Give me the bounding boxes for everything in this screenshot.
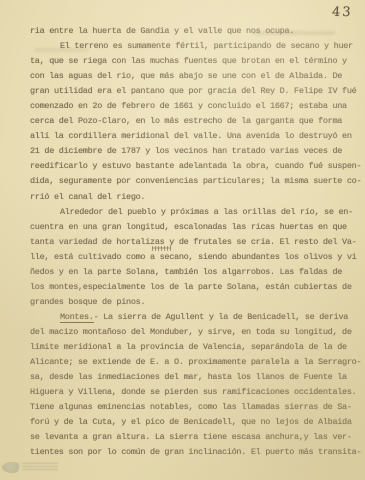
text-line: del macizo montañoso del Monduber, y sir… (30, 325, 355, 340)
text-line: 21 de diciembre de 1787 y los vecinos ha… (30, 144, 355, 159)
text-line: tanta variedad de hortalizas y de frutal… (30, 235, 355, 250)
text-line: ñedos y en la parte Solana, también los … (30, 265, 355, 280)
text-line: los montes,especialmente los de la parte… (30, 280, 355, 295)
text-line: reedificarlo y estuvo bastante adelantad… (30, 159, 355, 174)
page-number: 43 (332, 5, 354, 20)
text-line: Montes.- La sierra de Agullent y la de B… (30, 310, 355, 325)
text-line: cuentra en una gran longitud, escalonada… (30, 220, 355, 235)
text-line: Tiene algunas eminencias notables, como … (30, 400, 355, 415)
text-line: límite meridional a la provincia de Vale… (30, 340, 355, 355)
text-line: Higuera y Villena, donde se pierden sus … (30, 385, 355, 400)
text-line: Alicante; se extiende de E. a O. proxima… (30, 355, 355, 370)
text-line: rrió el canal del riego. (30, 190, 355, 205)
text-line: comenzado en 2o de febrero de 1661 y con… (30, 99, 355, 114)
text-line: con las aguas del rio, que más abajo se … (30, 69, 355, 84)
text-line: ta, que se riega con las muchas fuentes … (30, 54, 355, 69)
text-line: El terreno es sumamente fértil, particip… (30, 39, 355, 54)
text-line: ria entre la huerta de Gandia y el valle… (30, 24, 355, 39)
text-line: tientes son por lo común de gran inclina… (30, 445, 355, 460)
text-line: sa, desde las inmediaciones del mar, has… (30, 370, 355, 385)
text-line: grandes bosque de pinos. (30, 295, 355, 310)
stamp-text-lines (22, 463, 58, 472)
text-line: Alrededor del pueblo y próximas a las or… (30, 205, 355, 220)
typewritten-text-block: ria entre la huerta de Gandia y el valle… (30, 24, 355, 460)
text-line: allí la cordillera meridional del valle.… (30, 129, 355, 144)
text-line: se levanta a gran altura. La sierra tien… (30, 430, 355, 445)
text-line: forú y de la Cuta, y el pico de Benicade… (30, 415, 355, 430)
text-line: lle, está cultivado como a secano, siend… (30, 250, 355, 265)
text-line: cerca del Pozo-Claro, en lo más estrecho… (30, 114, 355, 129)
scanned-document-page: 43 ria entre la huerta de Gandia y el va… (0, 0, 365, 480)
underlined-heading: Montes. (60, 312, 94, 324)
text-line: dida, seguramente por conveniencias part… (30, 174, 355, 189)
library-stamp (2, 459, 62, 476)
interline-correction-mark (152, 246, 171, 251)
text-line: gran utilidad era el pantano que por gra… (30, 84, 355, 99)
stamp-oval-mark (2, 462, 22, 473)
